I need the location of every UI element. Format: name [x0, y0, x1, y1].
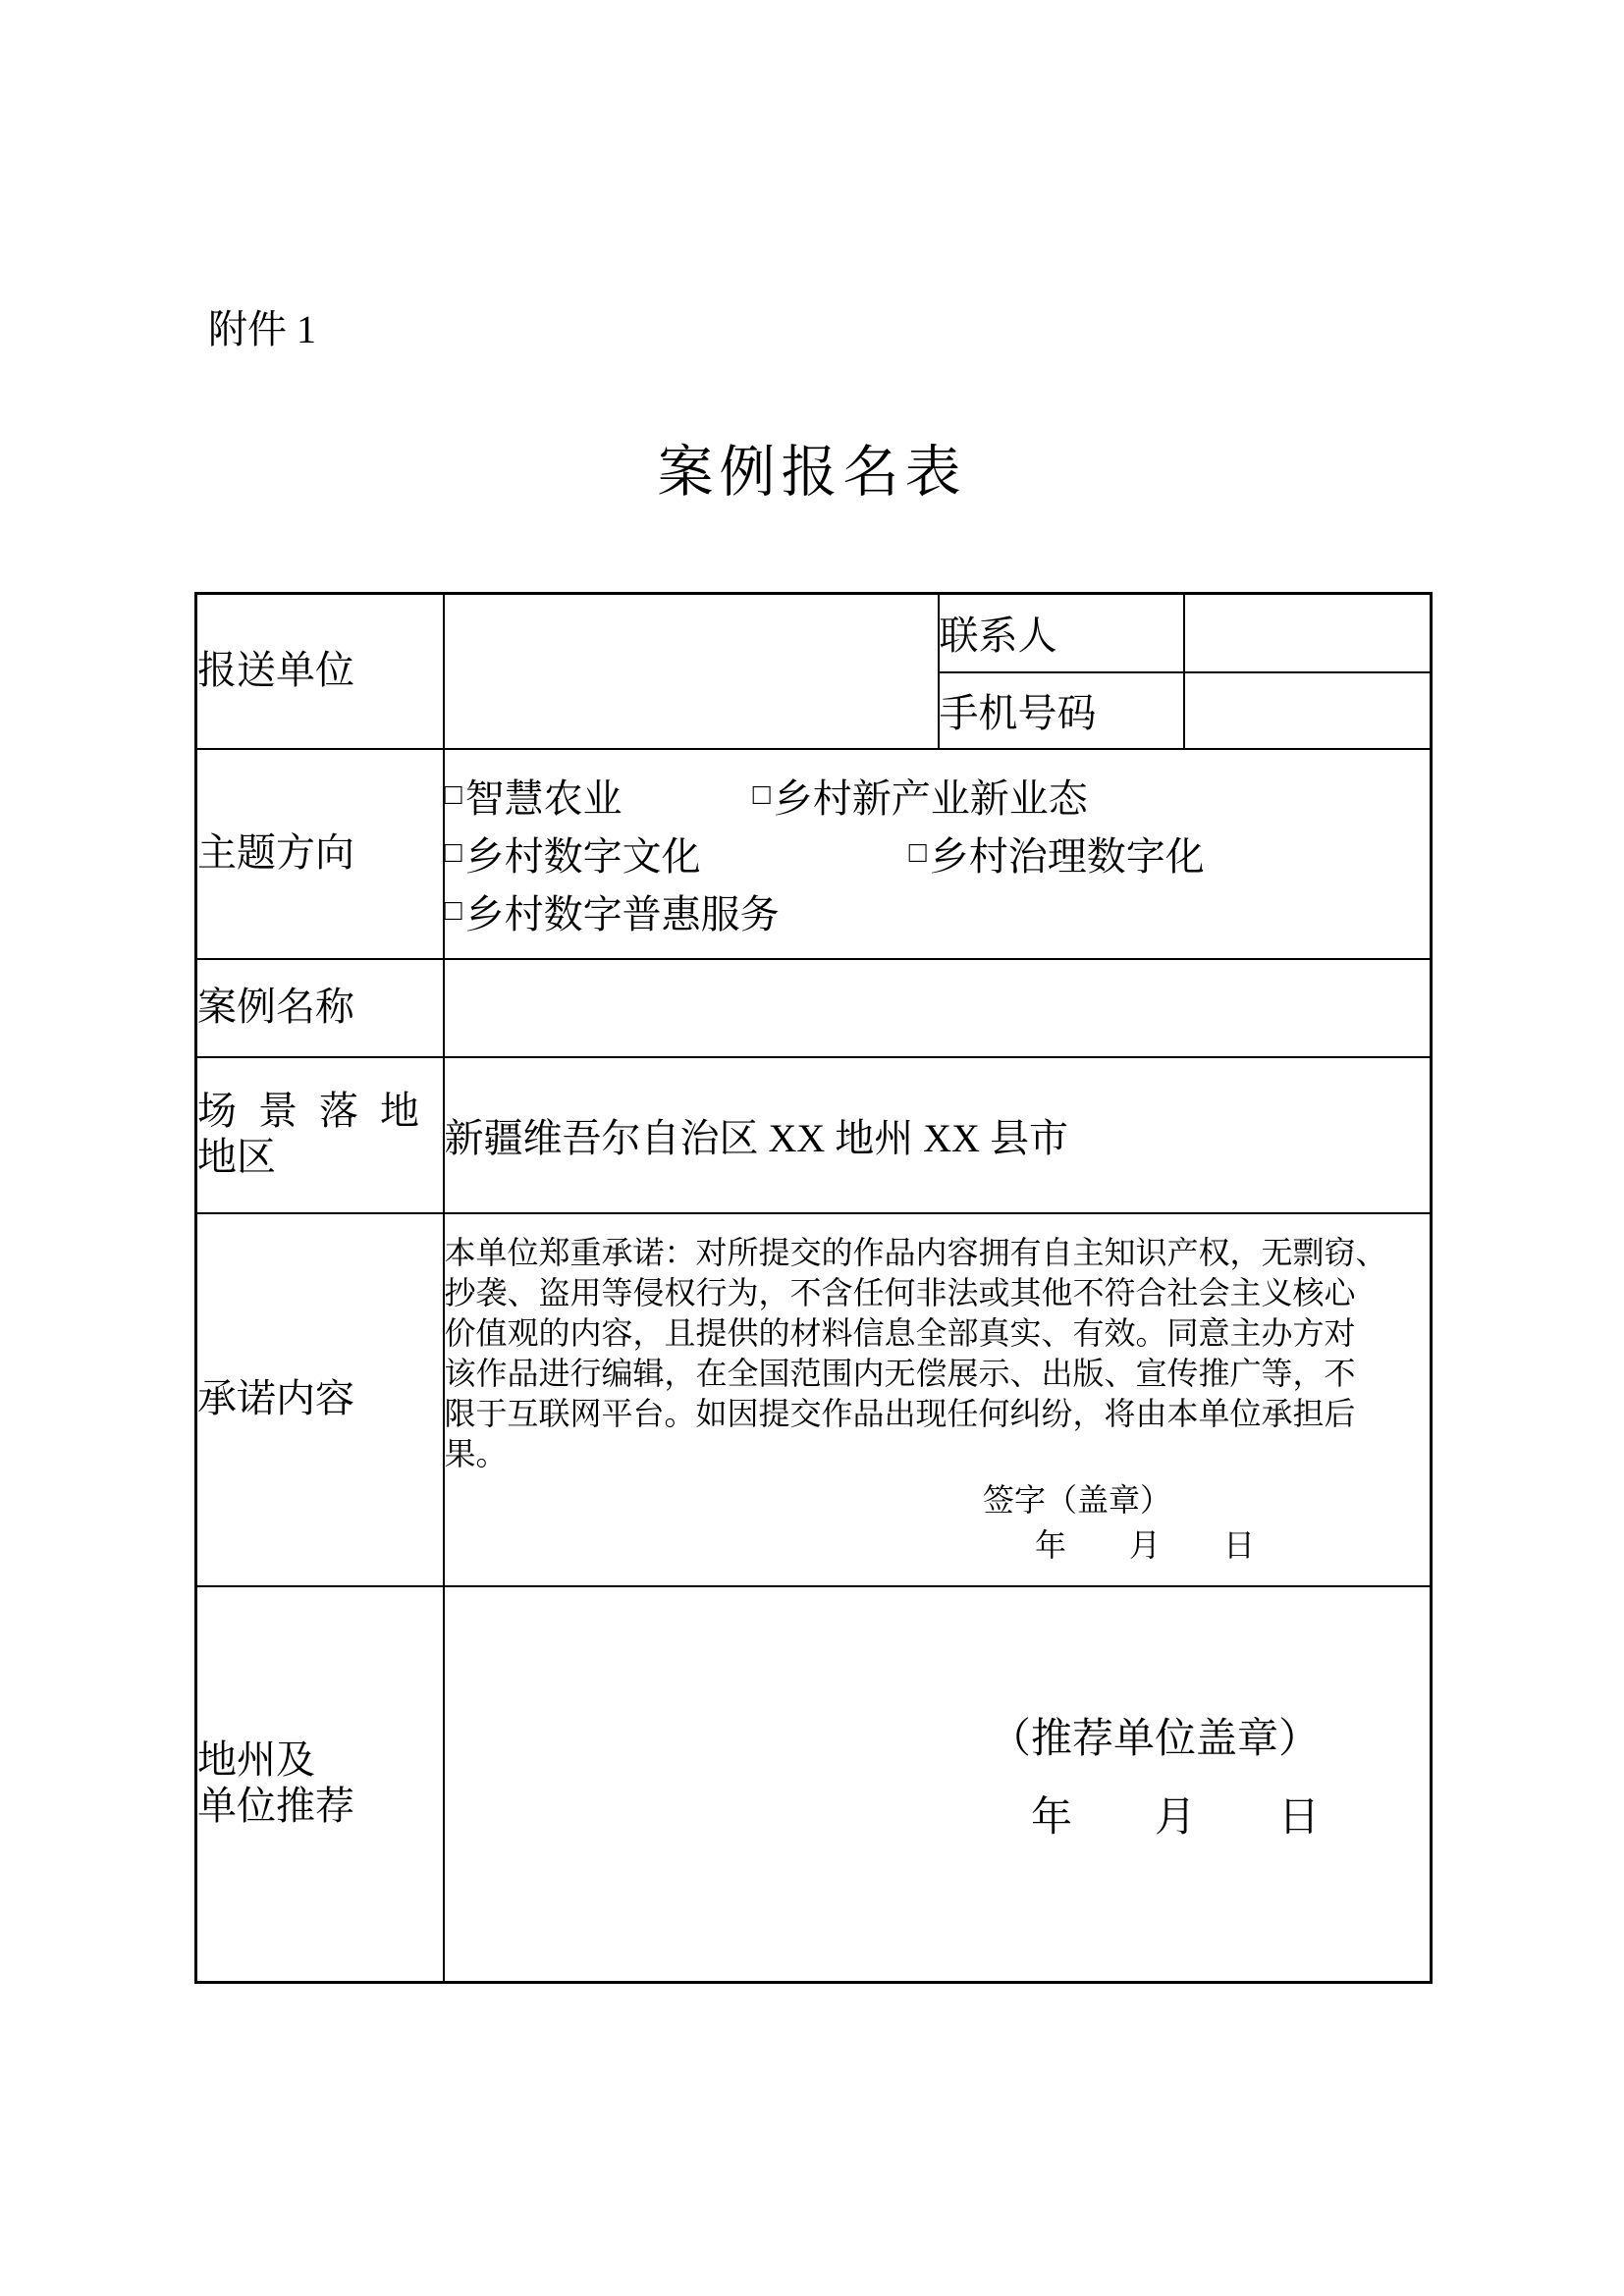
table-row: 承诺内容 本单位郑重承诺：对所提交的作品内容拥有自主知识产权，无剽窃、 抄袭、盗…	[196, 1213, 1432, 1586]
option-label: 乡村新产业新业态	[774, 768, 1088, 824]
document-page: 附件 1 案例报名表 报送单位 联系人 手机号码 主题方向 □ 智慧农业	[0, 0, 1624, 2296]
contact-person-value-field[interactable]	[1184, 594, 1432, 672]
recommendation-label-line1: 地州及	[197, 1737, 443, 1784]
checkbox-icon: □	[909, 838, 927, 868]
theme-options-line-1: □ 智慧农业 □ 乡村新产业新业态	[445, 767, 1431, 825]
page-title: 案例报名表	[0, 440, 1624, 505]
table-row: 报送单位 联系人	[196, 594, 1432, 672]
date-line: 年 月 日	[445, 1525, 1431, 1566]
commitment-text: 本单位郑重承诺：对所提交的作品内容拥有自主知识产权，无剽窃、 抄袭、盗用等侵权行…	[445, 1233, 1431, 1474]
theme-direction-options: □ 智慧农业 □ 乡村新产业新业态 □ 乡村数字文化 □ 乡村治	[444, 749, 1432, 959]
table-row: 主题方向 □ 智慧农业 □ 乡村新产业新业态 □ 乡村数字文化	[196, 749, 1432, 959]
landing-area-label: 场景落地 地区	[196, 1057, 444, 1213]
option-label: 乡村数字文化	[465, 826, 701, 881]
landing-area-label-line2: 地区	[197, 1135, 443, 1181]
case-name-label: 案例名称	[196, 959, 444, 1057]
landing-area-value-field[interactable]: 新疆维吾尔自治区 XX 地州 XX 县市	[444, 1057, 1432, 1213]
registration-form-table: 报送单位 联系人 手机号码 主题方向 □ 智慧农业 □ 乡村新产业	[194, 592, 1433, 1984]
checkbox-option-rural-governance-digitalization[interactable]: □ 乡村治理数字化	[909, 826, 1205, 881]
option-label: 智慧农业	[465, 768, 623, 824]
submitting-unit-value-field[interactable]	[444, 594, 939, 749]
checkbox-icon: □	[753, 780, 771, 810]
submitting-unit-label: 报送单位	[196, 594, 444, 749]
checkbox-option-rural-new-industry[interactable]: □ 乡村新产业新业态	[753, 768, 1088, 824]
checkbox-icon: □	[445, 780, 462, 810]
case-name-value-field[interactable]	[444, 959, 1432, 1057]
theme-options-line-3: □ 乡村数字普惠服务	[445, 882, 1431, 940]
theme-options-line-2: □ 乡村数字文化 □ 乡村治理数字化	[445, 825, 1431, 882]
contact-person-label: 联系人	[939, 594, 1184, 672]
checkbox-option-rural-digital-culture[interactable]: □ 乡村数字文化	[445, 826, 701, 881]
table-row: 案例名称	[196, 959, 1432, 1057]
commitment-content: 本单位郑重承诺：对所提交的作品内容拥有自主知识产权，无剽窃、 抄袭、盗用等侵权行…	[444, 1213, 1432, 1586]
checkbox-option-rural-digital-inclusive-services[interactable]: □ 乡村数字普惠服务	[445, 883, 780, 939]
option-label: 乡村治理数字化	[930, 826, 1205, 881]
mobile-number-value-field[interactable]	[1184, 672, 1432, 749]
mobile-number-label: 手机号码	[939, 672, 1184, 749]
signature-stamp-line: 签字（盖章）	[445, 1480, 1431, 1521]
table-row: 地州及 单位推荐 （推荐单位盖章） 年 月 日	[196, 1586, 1432, 1983]
checkbox-icon: □	[445, 896, 462, 926]
date-line: 年 月 日	[1031, 1793, 1320, 1841]
recommendation-content-field[interactable]: （推荐单位盖章） 年 月 日	[444, 1586, 1432, 1983]
landing-area-label-line1: 场景落地	[197, 1089, 443, 1135]
option-label: 乡村数字普惠服务	[465, 883, 780, 939]
recommendation-stamp-line: （推荐单位盖章）	[990, 1715, 1320, 1762]
table-row: 场景落地 地区 新疆维吾尔自治区 XX 地州 XX 县市	[196, 1057, 1432, 1213]
commitment-label: 承诺内容	[196, 1213, 444, 1586]
recommendation-label-line2: 单位推荐	[197, 1784, 443, 1830]
attachment-label: 附件 1	[208, 306, 316, 353]
checkbox-option-smart-agriculture[interactable]: □ 智慧农业	[445, 768, 623, 824]
checkbox-icon: □	[445, 838, 462, 868]
theme-direction-label: 主题方向	[196, 749, 444, 959]
recommendation-label: 地州及 单位推荐	[196, 1586, 444, 1983]
recommendation-inner: （推荐单位盖章） 年 月 日	[445, 1715, 1431, 1852]
